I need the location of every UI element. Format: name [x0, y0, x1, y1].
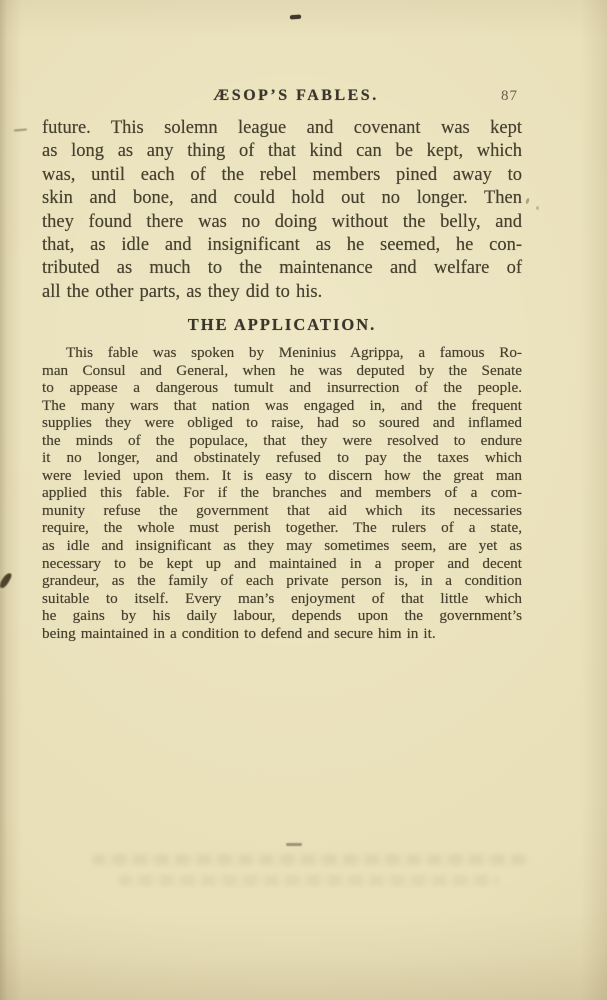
text-line: all the other parts, as they did to his.	[42, 281, 522, 304]
text-line: as long as any thing of that kind can be…	[42, 140, 522, 163]
text-line: they found there was no doing without th…	[42, 211, 522, 234]
text-line: require, the whole must perish together.…	[42, 519, 522, 537]
page-header: ÆSOP’S FABLES. 87	[42, 87, 522, 107]
text-line: as idle and insignificant as they may so…	[42, 537, 522, 555]
text-line: man Consul and General, when he was depu…	[42, 362, 522, 380]
text-line: future. This solemn league and covenant …	[42, 117, 522, 140]
text-line: necessary to be kept up and maintained i…	[42, 555, 522, 573]
book-page: ÆSOP’S FABLES. 87 future. This solemn le…	[0, 0, 607, 1000]
margin-dash-mark	[14, 128, 27, 131]
text-line: supplies they were obliged to raise, had…	[42, 414, 522, 432]
text-line: This fable was spoken by Meninius Agripp…	[42, 344, 522, 362]
running-header-title: ÆSOP’S FABLES.	[56, 87, 536, 105]
text-line: applied this fable. For if the branches …	[42, 484, 522, 502]
text-line: being maintained in a condition to defen…	[42, 625, 522, 643]
text-line: skin and bone, and could hold out no lon…	[42, 187, 522, 210]
text-line: suitable to itself. Every man’s enjoymen…	[42, 590, 522, 608]
ink-blot-left-edge	[0, 571, 13, 589]
text-line: that, as idle and insignificant as he se…	[42, 234, 522, 257]
text-line: it no longer, and obstinately refused to…	[42, 449, 522, 467]
page-number: 87	[501, 88, 518, 105]
ink-smudge-top	[290, 15, 301, 20]
opening-paragraph: future. This solemn league and covenant …	[42, 117, 522, 304]
text-line: he gains by his daily labour, depends up…	[42, 607, 522, 625]
text-line: munity refuse the government that aid wh…	[42, 502, 522, 520]
ink-speck	[525, 198, 530, 205]
show-through-text-line	[92, 854, 530, 865]
application-heading: THE APPLICATION.	[42, 315, 522, 335]
text-line: to appease a dangerous tumult and insurr…	[42, 379, 522, 397]
text-line: tributed as much to the maintenance and …	[42, 257, 522, 280]
faint-dash-bottom	[286, 843, 302, 846]
text-line: were levied upon them. It is easy to dis…	[42, 467, 522, 485]
text-line: grandeur, as the family of each private …	[42, 572, 522, 590]
text-line: The many wars that nation was engaged in…	[42, 397, 522, 415]
show-through-text-line	[118, 875, 500, 886]
application-paragraph: This fable was spoken by Meninius Agripp…	[42, 344, 522, 642]
text-line: was, until each of the rebel members pin…	[42, 164, 522, 187]
ink-speck	[536, 206, 539, 210]
text-line: the minds of the populace, that they wer…	[42, 432, 522, 450]
